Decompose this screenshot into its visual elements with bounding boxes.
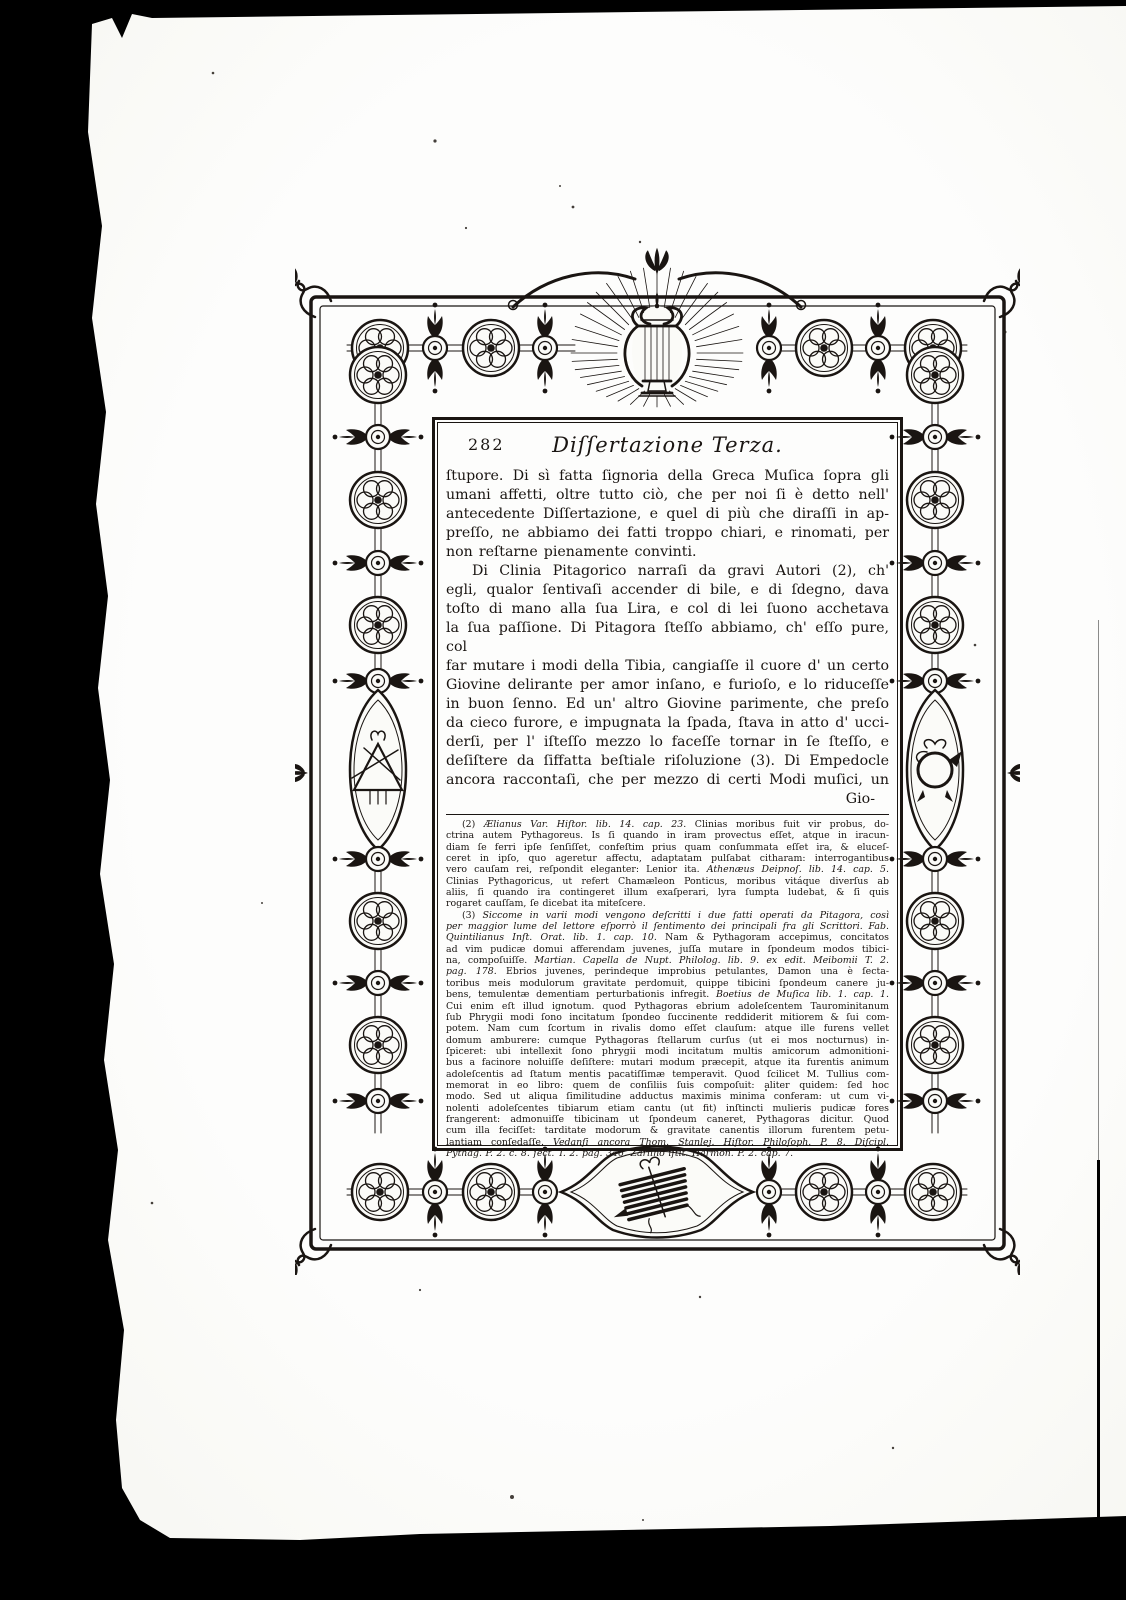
pan-flute-icon <box>561 1147 753 1241</box>
text-line: ſtupore. Di sì fatta ſignoria della Grec… <box>446 467 889 486</box>
page-edge-shadow-faint <box>1098 620 1099 1160</box>
text-line: (3) Siccome in varii modi vengono deſcri… <box>446 910 889 921</box>
text-line: frangerent: admonuiſſe tibicinam ut ſpon… <box>446 1114 889 1125</box>
text-line: non reſtarne pienamente convinti. <box>446 543 889 562</box>
triangle-instrument-icon <box>350 690 406 850</box>
text-line: aliis, ſi quando ira contingeret illum e… <box>446 887 889 898</box>
text-line: cum illa feciſſet: tarditate modorum & g… <box>446 1125 889 1136</box>
hunting-horn-icon <box>907 690 963 850</box>
footnote-2: (2) Ælianus Var. Hiſtor. lib. 14. cap. 2… <box>446 819 889 910</box>
text-line: preſſo, ne abbiamo dei fatti troppo chia… <box>446 524 889 543</box>
text-line: Di Clinia Pitagorico narraſi da gravi Au… <box>446 562 889 581</box>
sun-ray <box>572 359 617 361</box>
text-frame: 282 Diſſertazione Terza. ſtupore. Di sì … <box>432 417 903 1151</box>
text-line: Cui enim eſt illud ignotum. quod Pythago… <box>446 1001 889 1012</box>
text-line: lantiam conſedaſſe. Vedanſi ancora Thom.… <box>446 1137 889 1148</box>
sun-ray <box>575 365 619 369</box>
text-line: per maggior lume del lettore eſporrò il … <box>446 921 889 932</box>
text-line: modo. Sed ut aliqua ſimilitudine adductu… <box>446 1091 889 1102</box>
text-line: ſub Phrygii modi ſono incitatum ſpondeo … <box>446 1012 889 1023</box>
left-ornament-band <box>333 347 424 1113</box>
text-line: ad vim pudicæ domui afferendam juvenes, … <box>446 944 889 955</box>
text-line: ctrina autem Pythagoreus. Is ſi quando i… <box>446 830 889 841</box>
sun-ray <box>580 314 621 335</box>
text-line: deſiſtere da ſiffatta beſtiale riſoluzio… <box>446 752 889 771</box>
catchword: Gio- <box>446 790 889 809</box>
text-line: (2) Ælianus Var. Hiſtor. lib. 14. cap. 2… <box>446 819 889 830</box>
main-paragraph-1: ſtupore. Di sì fatta ſignoria della Grec… <box>446 467 889 562</box>
text-line: umani affetti, oltre tutto ciò, che per … <box>446 486 889 505</box>
text-line: memorat in eo libro: quem de conſiliis ſ… <box>446 1080 889 1091</box>
page-edge-shadow <box>1097 1160 1100 1530</box>
text-line: Pythag. P. 2. c. 8. ſect. T. 2. pag. 346… <box>446 1148 889 1159</box>
sun-ray <box>693 314 734 335</box>
footnote-separator-rule <box>446 814 889 815</box>
sun-ray <box>587 377 624 385</box>
right-ornament-band <box>890 347 981 1113</box>
sun-ray <box>607 283 634 320</box>
sun-ray <box>572 340 617 347</box>
text-line: bus a facinore noluiſſe deſiſtere: mutar… <box>446 1057 889 1068</box>
sun-ray <box>681 283 708 320</box>
text-line: na, compoſuiſſe. Martian. Capella de Nup… <box>446 955 889 966</box>
text-line: egli, qualor ſentivaſi accender di bile,… <box>446 581 889 600</box>
text-line: toribus meis modulorum gravitate perdomu… <box>446 978 889 989</box>
sun-ray <box>644 393 651 407</box>
footnote-3: (3) Siccome in varii modi vengono deſcri… <box>446 910 889 1160</box>
sun-ray <box>693 371 734 377</box>
text-line: ceret in ipſo, quo ageretur affectu, ada… <box>446 853 889 864</box>
text-line: potem. Nam cum ſcortum in rivalis domo e… <box>446 1023 889 1034</box>
sun-ray <box>695 326 739 340</box>
text-line: ſpiceret: ubi intellexit ſono phrygii mo… <box>446 1046 889 1057</box>
text-frame-inner: 282 Diſſertazione Terza. ſtupore. Di sì … <box>437 422 898 1146</box>
page-number: 282 <box>468 435 505 454</box>
sun-ray <box>663 393 670 407</box>
sun-ray <box>689 377 726 385</box>
text-line: in buon ſenno. Ed un' altro Giovine pari… <box>446 695 889 714</box>
text-line: Giovine delirante per amor inſano, e fur… <box>446 676 889 695</box>
text-line: far mutare i modi della Tibia, cangiaſſe… <box>446 657 889 676</box>
text-line: adoleſcentis ad ſtatum mentis pacatiſſim… <box>446 1069 889 1080</box>
text-line: diam ſe ferri ipſe ſenſiſſet, confeſtim … <box>446 842 889 853</box>
sun-ray <box>575 326 619 340</box>
text-line: antecedente Diſſertazione, e quel di più… <box>446 505 889 524</box>
sun-ray <box>695 365 739 369</box>
text-line: rogaret cauſſam, ſe dicebat ita miteſcer… <box>446 898 889 909</box>
text-line: pag. 178. Ebrios juvenes, perindeque imp… <box>446 966 889 977</box>
bottom-ornament-band <box>352 1147 961 1241</box>
text-line: da cieco furore, e impugnata la ſpada, ſ… <box>446 714 889 733</box>
text-line: la ſua paſſione. Di Pitagora ſteſſo abbi… <box>446 619 889 657</box>
main-paragraph-2: Di Clinia Pitagorico narraſi da gravi Au… <box>446 562 889 790</box>
scanned-book-page: 282 Diſſertazione Terza. ſtupore. Di sì … <box>0 0 1126 1600</box>
text-line: Clinias Pythagoricus, ut refert Chamæleo… <box>446 876 889 887</box>
page-header: 282 Diſſertazione Terza. <box>446 423 889 459</box>
text-line: derſi, per l' iſteſſo mezzo lo faceſſe t… <box>446 733 889 752</box>
sun-ray <box>697 359 742 361</box>
text-line: toſto di mano alla ſua Lira, e col di le… <box>446 600 889 619</box>
running-title: Diſſertazione Terza. <box>552 433 783 457</box>
text-line: Quintilianus Inſt. Orat. lib. 1. cap. 10… <box>446 932 889 943</box>
text-line: domum amburere: cumque Pythagoras ſtella… <box>446 1035 889 1046</box>
text-line: nolenti adoleſcentes tibiarum etiam cant… <box>446 1103 889 1114</box>
sun-ray <box>580 371 621 377</box>
text-line: vero cauſam rei, reſpondit eleganter: Le… <box>446 864 889 875</box>
text-line: ancora raccontaſi, che per mezzo di cert… <box>446 771 889 790</box>
sun-ray <box>697 340 742 347</box>
text-line: bens, temulentæ dementiam perturbationis… <box>446 989 889 1000</box>
